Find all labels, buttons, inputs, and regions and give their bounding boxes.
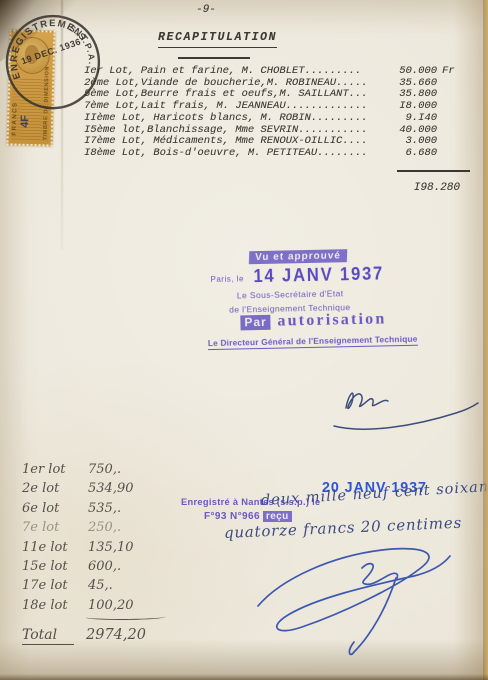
ledger-row-value: 45,. [88,578,113,593]
lot-label: Ier Lot, Pain et farine, M. CHOBLET.....… [84,66,361,78]
approval-line1: Le Sous-Secrétaire d'Etat [237,288,344,300]
signature-registrar [244,540,464,662]
lot-label: IIème Lot, Haricots blancs, M. ROBIN....… [84,113,368,125]
ledger-row-value: 100,20 [88,598,134,613]
lot-currency: Fr [437,66,462,78]
lot-gap [368,136,383,148]
lot-gap [368,78,383,90]
photo-edge-bottom [0,674,488,680]
ledger-row-value: 535,. [88,501,121,516]
ledger-rows: 1er lot750,.2e lot534,906e lot535,.7e lo… [22,462,192,617]
lot-currency [437,101,462,113]
approval-date: 14 JANV 1937 [253,263,384,287]
lot-gap [368,148,383,160]
ledger-row-value: 600,. [88,559,121,574]
lot-gap [368,89,383,101]
director-line: Le Directeur Général de l'Enseignement T… [208,334,418,350]
approval-stamp: Vu et approuvé Paris, le 14 JANV 1937 Le… [197,248,419,355]
ledger-row-label: 1er lot [22,462,70,477]
lot-currency [437,78,462,90]
lot-amount: 50.000 [383,66,437,78]
registration-folio: F°93 N°966 [204,511,260,522]
ledger-total-row: Total 2974,20 [22,627,192,645]
photo-edge-right [483,0,488,680]
ledger-row-label: 17e lot [22,578,70,593]
lot-currency [437,148,462,160]
total-rule [397,170,470,172]
par-box: Par [240,315,271,331]
title-underline [178,57,250,59]
ledger-row: 7e lot250,. [22,520,192,539]
ledger-row-label: 15e lot [22,559,70,574]
paper-crease [61,0,63,250]
ledger-underline [86,614,166,620]
lot-currency [437,136,462,148]
handwritten-ledger: 1er lot750,.2e lot534,906e lot535,.7e lo… [22,462,192,645]
lot-currency [437,89,462,101]
page-number: -9- [196,4,216,16]
ledger-total-label: Total [22,627,74,645]
lot-gap [368,125,383,137]
lot-label: I8ème Lot, Bois-d'oeuvre, M. PETITEAU...… [84,148,368,160]
recap-table: Ier Lot, Pain et farine, M. CHOBLET.....… [84,66,462,160]
lot-gap [368,101,383,113]
round-stamp-date: 19 DEC. 1936 [20,36,82,66]
ledger-row: 1er lot750,. [22,462,192,481]
lot-currency [437,113,462,125]
ledger-row-value: 135,10 [88,540,134,555]
page-title: RECAPITULATION [158,31,277,48]
ledger-row-value: 534,90 [88,481,134,496]
vu-et-approuve: Vu et approuvé [249,249,347,264]
ledger-row-label: 7e lot [22,520,70,535]
signature-official [330,366,482,442]
recap-total: I98.280 [398,182,460,194]
lot-gap [368,113,383,125]
lot-gap [361,66,383,78]
ledger-row-value: 750,. [88,462,121,477]
registration-line2: F°93 N°966reçu [204,511,292,522]
recap-row: IIème Lot, Haricots blancs, M. ROBIN....… [84,113,462,125]
ledger-row: 17e lot45,. [22,578,192,597]
lot-amount: 9.I40 [383,113,437,125]
recap-row: Ier Lot, Pain et farine, M. CHOBLET.....… [84,66,462,78]
lot-currency [437,125,462,137]
ledger-row: 11e lot135,10 [22,540,192,559]
ledger-row-label: 11e lot [22,540,70,555]
document-page: -9- RECAPITULATION Ier Lot, Pain et fari… [0,0,488,680]
ledger-row-label: 18e lot [22,598,70,613]
ledger-row: 2e lot534,90 [22,481,192,500]
recap-row: I8ème Lot, Bois-d'oeuvre, M. PETITEAU...… [84,148,462,160]
ledger-row-value: 250,. [88,520,121,535]
lot-amount: 6.680 [383,148,437,160]
ledger-row: 6e lot535,. [22,501,192,520]
ledger-row-label: 6e lot [22,501,70,516]
autorisation-text: autorisation [277,310,386,330]
approval-place: Paris, le [210,274,244,284]
ledger-row-label: 2e lot [22,481,70,496]
ledger-row: 15e lot600,. [22,559,192,578]
ledger-total-value: 2974,20 [86,627,146,645]
